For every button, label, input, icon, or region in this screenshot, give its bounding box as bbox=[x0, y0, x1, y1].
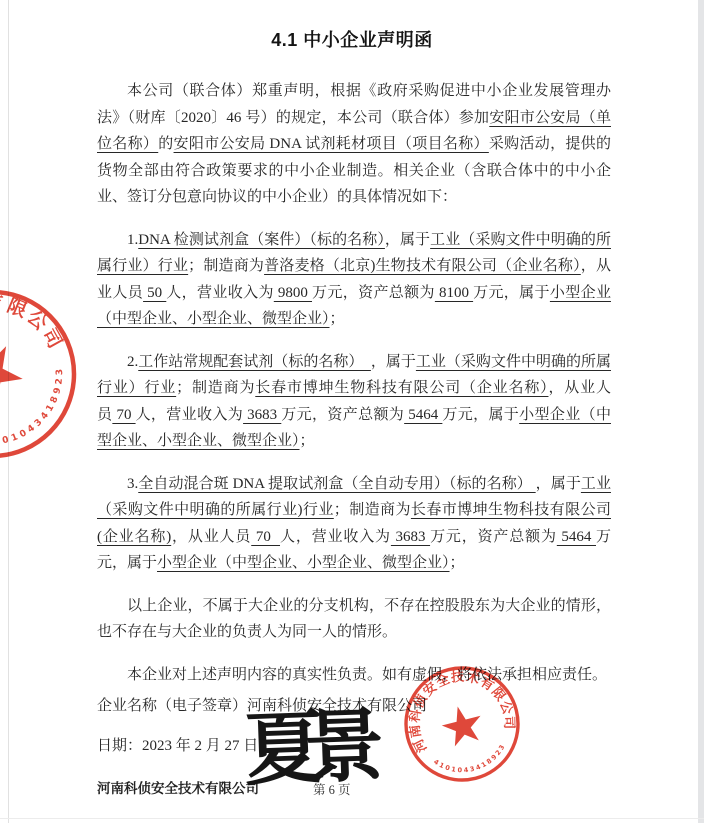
declaration-body: 本公司（联合体）郑重声明，根据《政府采购促进中小企业发展管理办法》（财库〔202… bbox=[97, 78, 611, 704]
text-segment: ；制造商为 bbox=[334, 502, 411, 518]
text-segment: ，属于 bbox=[385, 232, 430, 248]
text-segment: ； bbox=[450, 555, 465, 571]
filled-blank: 50 bbox=[143, 285, 166, 301]
text-segment: 人，营业收入为 bbox=[166, 285, 274, 301]
filled-blank: 5464 bbox=[404, 407, 442, 423]
signature-text: 夏景 bbox=[243, 703, 384, 796]
filled-blank: 全自动混合斑 DNA 提取试剂盒（全自动专用）（标的名称） bbox=[138, 476, 535, 492]
filled-blank: 9800 bbox=[274, 285, 312, 301]
filled-blank: 长春市博坤生物科技有限公司（企业名称） bbox=[255, 380, 548, 396]
text-segment: 万元，属于 bbox=[442, 407, 519, 423]
page-title: 4.1 中小企业声明函 bbox=[0, 26, 704, 52]
text-segment: 万元，属于 bbox=[473, 285, 550, 301]
filled-blank: 工作站常规配套试剂（标的名称） bbox=[138, 354, 371, 370]
document-page: 4.1 中小企业声明函 本公司（联合体）郑重声明，根据《政府采购促进中小企业发展… bbox=[0, 0, 704, 823]
paragraph-intro: 本公司（联合体）郑重声明，根据《政府采购促进中小企业发展管理办法》（财库〔202… bbox=[97, 78, 611, 211]
text-segment: 万元，资产总额为 bbox=[312, 285, 435, 301]
filled-blank: 5464 bbox=[557, 529, 596, 545]
text-segment: ； bbox=[330, 311, 345, 327]
text-segment: ；制造商为 bbox=[188, 258, 264, 274]
text-segment: 2. bbox=[127, 354, 138, 370]
date-line: 日期：2023 年 2 月 27 日 bbox=[97, 734, 258, 755]
text-segment: 本企业对上述声明内容的真实性负责。如有虚假，将依法承担相应责任。 bbox=[127, 667, 607, 683]
company-seal-left: 河南科侦安全技术有限公司 4101043418923 bbox=[0, 284, 82, 464]
footer-company-name: 河南科侦安全技术有限公司 bbox=[97, 777, 259, 797]
filled-blank: 3683 bbox=[243, 407, 281, 423]
text-segment: 的 bbox=[158, 136, 173, 152]
company-seal-bottom: 河南科侦安全技术有限公司 4101043418923 bbox=[392, 654, 532, 794]
filled-blank: 70 bbox=[251, 529, 280, 545]
page-right-edge bbox=[698, 0, 704, 823]
filled-blank: DNA 检测试剂盒（案件）（标的名称） bbox=[138, 232, 385, 248]
text-segment: 人，营业收入为 bbox=[280, 529, 391, 545]
text-segment: ，属于 bbox=[371, 354, 416, 370]
paragraph-item-2: 2.工作站常规配套试剂（标的名称） ，属于工业（采购文件中明确的所属行业）行业；… bbox=[97, 349, 611, 455]
text-segment: ； bbox=[300, 433, 315, 449]
page-bottom-edge bbox=[0, 818, 704, 819]
text-segment: 3. bbox=[127, 476, 138, 492]
paragraph-item-1: 1.DNA 检测试剂盒（案件）（标的名称），属于工业（采购文件中明确的所属行业）… bbox=[97, 227, 611, 333]
text-segment: ，从业人员 bbox=[171, 529, 251, 545]
filled-blank: 3683 bbox=[391, 529, 430, 545]
text-segment: 1. bbox=[127, 232, 138, 248]
text-segment: 万元，资产总额为 bbox=[430, 529, 557, 545]
handwritten-signature: 夏景 bbox=[238, 683, 398, 803]
text-segment: 人，营业收入为 bbox=[136, 407, 244, 423]
filled-blank: 70 bbox=[112, 407, 135, 423]
filled-blank: 小型企业（中型企业、小型企业、微型企业） bbox=[157, 555, 450, 571]
paragraph-no-large-enterprise: 以上企业，不属于大企业的分支机构，不存在控股股东为大企业的情形，也不存在与大企业… bbox=[97, 593, 611, 646]
paragraph-item-3: 3.全自动混合斑 DNA 提取试剂盒（全自动专用）（标的名称） ，属于工业（采购… bbox=[97, 471, 611, 577]
text-segment: 万元，资产总额为 bbox=[281, 407, 404, 423]
text-segment: ，属于 bbox=[536, 476, 581, 492]
filled-blank: 安阳市公安局 DNA 试剂耗材项目（项目名称） bbox=[174, 136, 489, 152]
seal-star-icon bbox=[438, 702, 486, 749]
text-segment: 以上企业，不属于大企业的分支机构，不存在控股股东为大企业的情形，也不存在与大企业… bbox=[97, 598, 611, 641]
filled-blank: 普洛麦格（北京)生物技术有限公司（企业名称） bbox=[264, 258, 581, 274]
text-segment: ；制造商为 bbox=[176, 380, 255, 396]
seal-star-icon bbox=[0, 331, 31, 413]
filled-blank: 8100 bbox=[435, 285, 473, 301]
